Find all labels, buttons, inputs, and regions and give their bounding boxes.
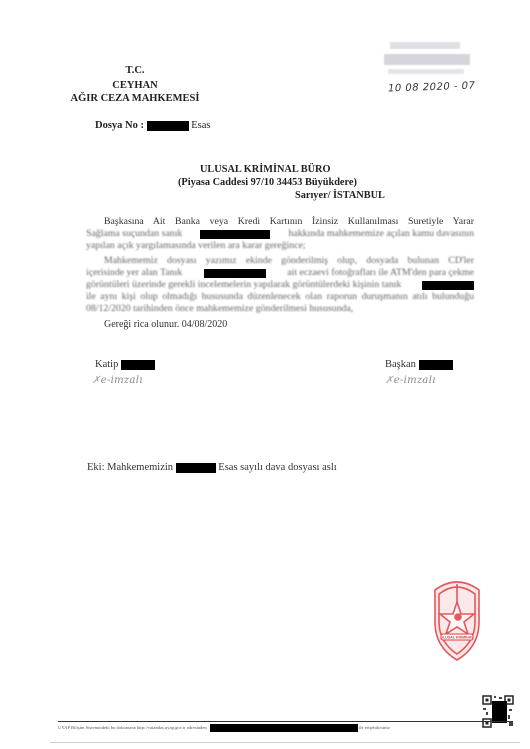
body-text: ait eczaevi fotoğrafları ile ATM'den par… (287, 267, 474, 279)
file-number: Dosya No : Esas (95, 120, 211, 131)
body-text: Sağlama suçundan sanık (86, 228, 182, 240)
redacted-defendant-name (200, 230, 270, 239)
footer-divider (58, 721, 513, 722)
file-number-label: Dosya No : (95, 120, 144, 131)
clerk-sign-text: e-imzalı (101, 375, 143, 386)
redacted-judge-name (419, 360, 453, 370)
judge-e-signature: ✗e-imzalı (385, 375, 436, 386)
file-number-suffix: Esas (191, 120, 210, 131)
body-text: görüntüleri üzerinde gerekli incelemeler… (86, 279, 401, 291)
header-city: CEYHAN (60, 79, 210, 92)
redacted-case-number (176, 463, 216, 473)
body-line: 08/12/2020 tarihinden önce mahkememize g… (86, 303, 456, 315)
recipient-name: ULUSAL KRİMİNAL BÜRO (200, 164, 330, 175)
redacted-witness-name-2 (422, 281, 474, 290)
redacted-witness-name (204, 269, 266, 278)
body-line: yapılan açık yargılamasında verilen ara … (86, 240, 456, 252)
body-line: Başkasına Ait Banka veya Kredi Kartının … (104, 216, 474, 228)
body-line: ile aynı kişi olup olmadığı hususunda dü… (86, 291, 474, 303)
body-text: içerisinde yer alan Tanık (86, 267, 182, 279)
seal-text: ULUSAL KRİMİNAL (440, 636, 474, 640)
page-edge-line (50, 742, 520, 743)
body-line: Mahkememiz dosyası yazımız ekinde gönder… (104, 255, 474, 267)
stamp-date: 10 08 2020 - 07 (388, 80, 476, 94)
body-line: içerisinde yer alan Tanık ait eczaevi fo… (86, 267, 474, 279)
body-line: görüntüleri üzerinde gerekli incelemeler… (86, 279, 474, 291)
judge-signature-label: Başkan (385, 359, 453, 370)
qr-code-icon (482, 695, 514, 728)
clerk-signature-label: Katip (95, 359, 155, 370)
attachment-line: Eki: Mahkememizin Esas sayılı dava dosya… (87, 462, 337, 473)
body-line: Sağlama suçundan sanık hakkında mahkemem… (86, 228, 474, 240)
body-text: hakkında mahkememize açılan kamu davasın… (288, 228, 474, 240)
footer-tail: ile erişebilirsiniz (359, 725, 390, 730)
redacted-access-code (210, 724, 358, 732)
attachment-prefix: Eki: Mahkememizin (87, 462, 173, 473)
judge-label: Başkan (385, 359, 416, 370)
header-court: AĞIR CEZA MAHKEMESİ (55, 92, 215, 105)
recipient-city: Sarıyer/ İSTANBUL (295, 190, 385, 201)
footer-text: UYAP Bilişim Sistemindeki bu dokümana ht… (58, 725, 207, 730)
clerk-e-signature: ✗e-imzalı (92, 375, 143, 386)
recipient-address: (Piyasa Caddesi 97/10 34453 Büyükdere) (178, 177, 357, 188)
redacted-clerk-name (121, 360, 155, 370)
closing-line: Gereği rica olunur. 04/08/2020 (104, 319, 227, 330)
judge-sign-text: e-imzalı (394, 375, 436, 386)
clerk-label: Katip (95, 359, 118, 370)
attachment-suffix: Esas sayılı dava dosyası aslı (218, 462, 336, 473)
kriminal-seal-icon: ULUSAL KRİMİNAL (427, 572, 487, 662)
footer-uyap-note: UYAP Bilişim Sistemindeki bu dokümana ht… (58, 724, 390, 732)
received-stamp (382, 40, 474, 80)
header-country: T.C. (60, 64, 210, 77)
redacted-file-number (147, 121, 189, 131)
